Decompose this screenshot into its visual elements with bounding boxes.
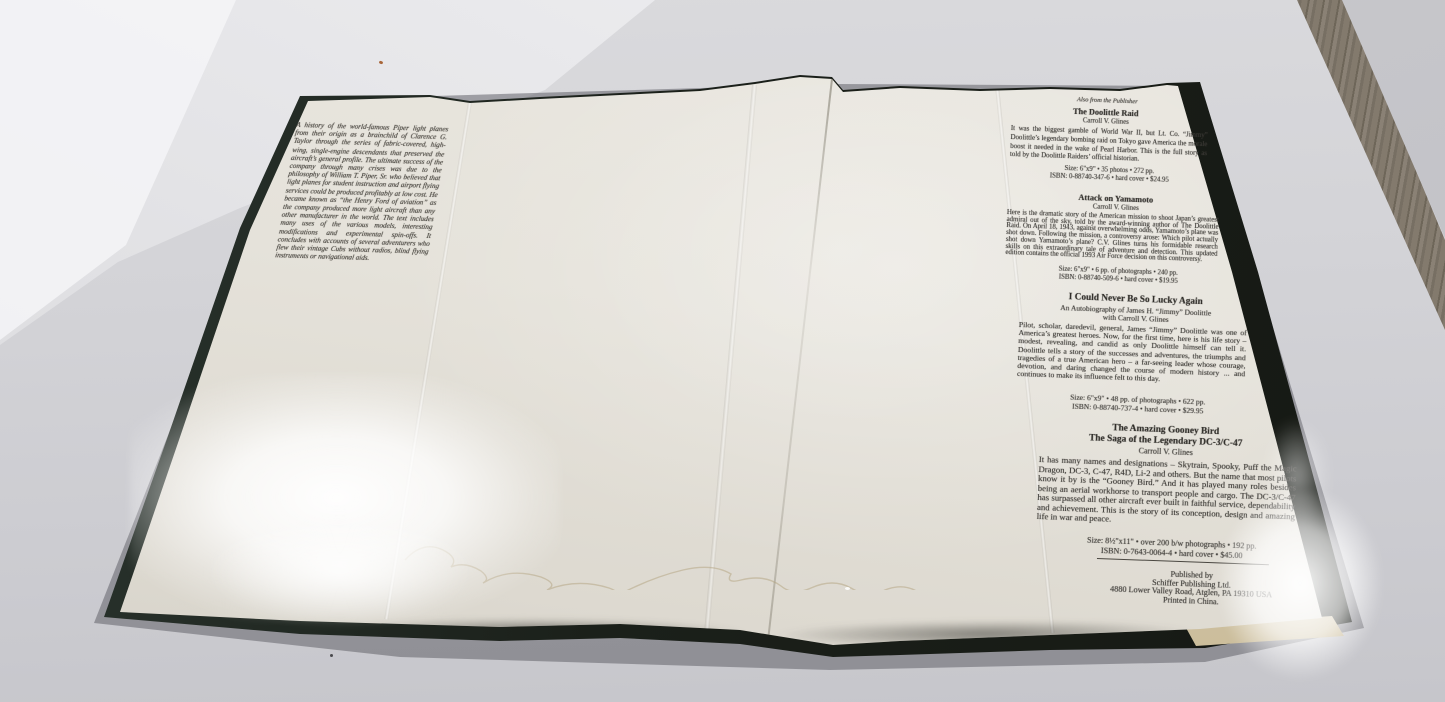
photo-of-open-book-jacket: { "left_flap": { "text": "A history of t… [0, 0, 1445, 702]
book-ad-body: It was the biggest gamble of World War I… [1010, 125, 1208, 167]
left-flap-blurb: A history of the world-famous Piper ligh… [275, 121, 449, 264]
paper-nick [845, 587, 850, 590]
book-ad-body: Pilot, scholar, daredevil, general, Jame… [1017, 321, 1247, 387]
book-ad-body: It has many names and designations – Sky… [1037, 455, 1297, 531]
book-ad-body: Here is the dramatic story of the Americ… [1005, 210, 1219, 265]
water-stain-mark [400, 515, 960, 590]
dust-speck [330, 654, 333, 657]
